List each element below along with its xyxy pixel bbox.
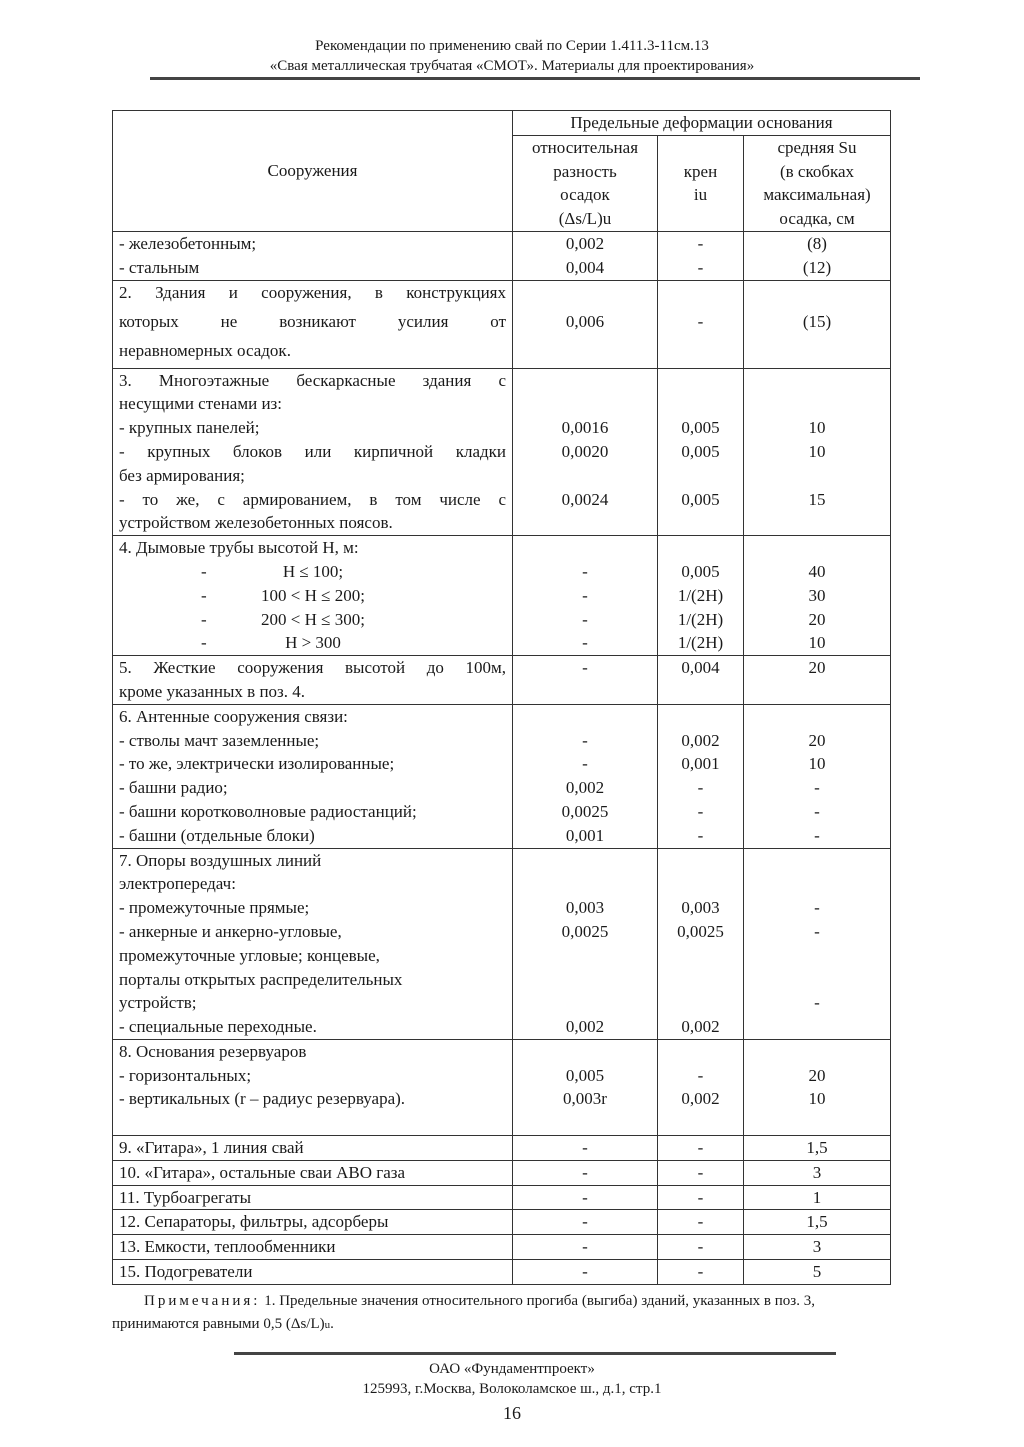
table-body: - железобетонным;- стальным0,0020,004--(…: [113, 231, 891, 1284]
notes: Примечания: 1. Предельные значения относ…: [112, 1290, 890, 1337]
cell-avg: (15): [744, 280, 891, 368]
header-line-1: Рекомендации по применению свай по Серии…: [0, 36, 1024, 56]
cell-rel: -: [513, 1160, 658, 1185]
cell-tilt: -0,002: [658, 1039, 744, 1135]
cell-tilt: --: [658, 231, 744, 280]
cell-name: 3. Многоэтажные бескаркасные здания снес…: [113, 368, 513, 536]
col-header-relative-settlement: относительнаяразностьосадок(Δs/L)u: [513, 135, 658, 231]
cell-tilt: -: [658, 1160, 744, 1185]
table-row: 9. «Гитара», 1 линия свай--1,5: [113, 1136, 891, 1161]
cell-name: 2. Здания и сооружения, в конструкцияхко…: [113, 280, 513, 368]
notes-text-2: принимаются равными 0,5 (Δs/L): [112, 1316, 325, 1332]
group-header: Предельные деформации основания: [513, 111, 891, 136]
table-row: 15. Подогреватели--5: [113, 1260, 891, 1285]
cell-rel: ----: [513, 536, 658, 656]
cell-rel: -: [513, 1235, 658, 1260]
cell-rel: 0,0030,00250,002: [513, 848, 658, 1039]
col-header-tilt: кренiu: [658, 135, 744, 231]
col-header-average-settlement: средняя Su(в скобкахмаксимальная)осадка,…: [744, 135, 891, 231]
cell-avg: 20: [744, 656, 891, 705]
cell-name: 11. Турбоагрегаты: [113, 1185, 513, 1210]
cell-avg: 3: [744, 1235, 891, 1260]
footer: ОАО «Фундаментпроект» 125993, г.Москва, …: [0, 1359, 1024, 1423]
table-row: 10. «Гитара», остальные сваи АВО газа--3: [113, 1160, 891, 1185]
cell-avg: 1,5: [744, 1136, 891, 1161]
notes-label: Примечания:: [144, 1293, 260, 1309]
cell-name: - железобетонным;- стальным: [113, 231, 513, 280]
running-header: Рекомендации по применению свай по Серии…: [0, 36, 1024, 76]
cell-avg: 2010: [744, 1039, 891, 1135]
table-row: 8. Основания резервуаров - горизонтальны…: [113, 1039, 891, 1135]
cell-rel: -: [513, 1136, 658, 1161]
cell-rel: 0,0050,003r: [513, 1039, 658, 1135]
cell-avg: 1,5: [744, 1210, 891, 1235]
cell-tilt: -: [658, 1210, 744, 1235]
table-row: - железобетонным;- стальным0,0020,004--(…: [113, 231, 891, 280]
cell-tilt: -: [658, 1235, 744, 1260]
notes-text-1: 1. Предельные значения относительного пр…: [260, 1293, 815, 1309]
cell-rel: -: [513, 656, 658, 705]
table-row: 2. Здания и сооружения, в конструкцияхко…: [113, 280, 891, 368]
cell-name: 13. Емкости, теплообменники: [113, 1235, 513, 1260]
cell-name: 8. Основания резервуаров - горизонтальны…: [113, 1039, 513, 1135]
cell-tilt: 0,0020,001---: [658, 704, 744, 848]
cell-tilt: 0,0050,0050,005: [658, 368, 744, 536]
cell-avg: 1: [744, 1185, 891, 1210]
table-row: 5. Жесткие сооружения высотой до 100м,кр…: [113, 656, 891, 705]
cell-avg: 2010---: [744, 704, 891, 848]
table-row: 4. Дымовые трубы высотой Н, м:-H ≤ 100;-…: [113, 536, 891, 656]
cell-name: 15. Подогреватели: [113, 1260, 513, 1285]
cell-name: 4. Дымовые трубы высотой Н, м:-H ≤ 100;-…: [113, 536, 513, 656]
cell-avg: 101015: [744, 368, 891, 536]
cell-rel: -: [513, 1210, 658, 1235]
cell-avg: 3: [744, 1160, 891, 1185]
cell-tilt: 0,004: [658, 656, 744, 705]
table-row: 13. Емкости, теплообменники--3: [113, 1235, 891, 1260]
table-row: 7. Опоры воздушных линийэлектропередач: …: [113, 848, 891, 1039]
cell-tilt: -: [658, 280, 744, 368]
cell-name: 5. Жесткие сооружения высотой до 100м,кр…: [113, 656, 513, 705]
header-rule: [150, 77, 920, 80]
cell-tilt: 0,0030,00250,002: [658, 848, 744, 1039]
cell-tilt: -: [658, 1136, 744, 1161]
header-line-2: «Свая металлическая трубчатая «СМОТ». Ма…: [0, 56, 1024, 76]
table-row: 6. Антенные сооружения связи: - стволы м…: [113, 704, 891, 848]
footer-rule: [234, 1352, 836, 1355]
cell-rel: -: [513, 1185, 658, 1210]
table-row: 12. Сепараторы, фильтры, адсорберы--1,5: [113, 1210, 891, 1235]
table-row: 11. Турбоагрегаты--1: [113, 1185, 891, 1210]
cell-avg: 5: [744, 1260, 891, 1285]
cell-avg: 40302010: [744, 536, 891, 656]
cell-rel: 0,0020,004: [513, 231, 658, 280]
cell-name: 6. Антенные сооружения связи: - стволы м…: [113, 704, 513, 848]
col-header-structures: Сооружения: [113, 111, 513, 232]
cell-name: 7. Опоры воздушных линийэлектропередач: …: [113, 848, 513, 1039]
cell-name: 10. «Гитара», остальные сваи АВО газа: [113, 1160, 513, 1185]
cell-rel: --0,0020,00250,001: [513, 704, 658, 848]
cell-rel: 0,006: [513, 280, 658, 368]
table-row: 3. Многоэтажные бескаркасные здания снес…: [113, 368, 891, 536]
cell-name: 9. «Гитара», 1 линия свай: [113, 1136, 513, 1161]
page-number: 16: [0, 1403, 1024, 1423]
cell-tilt: -: [658, 1185, 744, 1210]
cell-avg: ---: [744, 848, 891, 1039]
cell-tilt: -: [658, 1260, 744, 1285]
cell-name: 12. Сепараторы, фильтры, адсорберы: [113, 1210, 513, 1235]
footer-org: ОАО «Фундаментпроект»: [0, 1359, 1024, 1379]
cell-rel: -: [513, 1260, 658, 1285]
cell-avg: (8)(12): [744, 231, 891, 280]
cell-rel: 0,00160,00200,0024: [513, 368, 658, 536]
deformation-limits-table: Сооружения Предельные деформации основан…: [112, 110, 891, 1285]
footer-address: 125993, г.Москва, Волоколамское ш., д.1,…: [0, 1379, 1024, 1399]
cell-tilt: 0,0051/(2H)1/(2H)1/(2H): [658, 536, 744, 656]
